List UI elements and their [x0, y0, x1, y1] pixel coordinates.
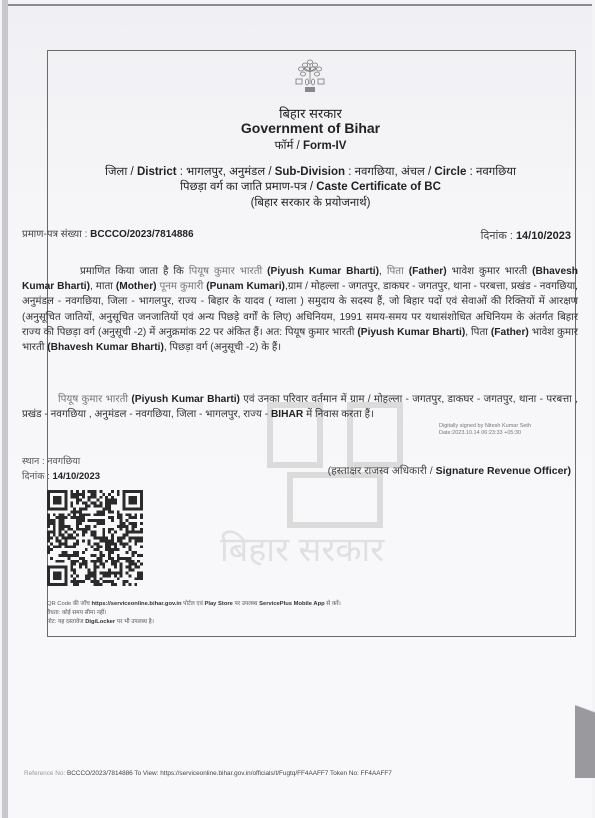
certificate-number: प्रमाण-पत्र संख्या : BCCCO/2023/7814886 — [22, 226, 194, 240]
digilocker-text: DigiLocker — [85, 619, 115, 625]
certificate-date-value: 14/10/2023 — [516, 230, 571, 242]
subdivision-value: नवगछिया — [355, 166, 395, 178]
form-number: फॉर्म / Form-IV — [47, 138, 574, 153]
district-label-hindi: जिला — [105, 166, 127, 178]
validity-note: वैधता: कोई समय सीमा नहीं। — [47, 609, 341, 618]
place-label: स्थान — [22, 456, 39, 467]
issue-date-value: 14/10/2023 — [52, 471, 100, 482]
closing-text: , पिछड़ा वर्ग (अनुसूची -2) के हैं। — [164, 342, 281, 353]
resident-name-english: (Piyush Kumar Bharti) — [131, 394, 240, 405]
qr-code-icon[interactable] — [47, 490, 143, 586]
view-link[interactable]: https://serviceonline.bihar.gov.in/offic… — [160, 770, 328, 777]
reference-number: BCCCO/2023/7814886 — [67, 770, 133, 777]
digital-signed-by: Digitally signed by Nitesh Kumar Seth — [439, 423, 531, 430]
mother-name-english: (Punam Kumari) — [206, 281, 285, 292]
reference-footer: Reference No: BCCCO/2023/7814886 To View… — [24, 770, 392, 777]
verification-notes: QR Code की जाँच https://serviceonline.bi… — [47, 600, 341, 627]
certificate-title-english: Caste Certificate of BC — [316, 181, 441, 193]
watermark-text: बिहार सरकार — [220, 525, 384, 571]
certification-paragraph: प्रमाणित किया जाता है कि पियूष कुमार भार… — [22, 264, 578, 355]
certificate-date: दिनांक : 14/10/2023 — [481, 228, 571, 243]
officer-signature-label: (हस्ताक्षर राजस्व अधिकारी / Signature Re… — [328, 464, 571, 478]
play-store-text: Play Store — [204, 601, 232, 607]
certificate-number-value: BCCCO/2023/7814886 — [90, 229, 193, 240]
digilocker-note-end: पर भी उपलब्ध है। — [117, 619, 154, 625]
bihar-emblem-icon — [290, 56, 330, 96]
district-label: District — [137, 166, 177, 178]
certificate-title: पिछड़ा वर्ग का जाति प्रमाण-पत्र / Caste … — [47, 179, 574, 194]
officer-label-hindi: (हस्ताक्षर राजस्व अधिकारी — [328, 465, 427, 477]
qr-note-mid2: पर उपलब्ध — [234, 601, 257, 607]
applicant-name-hindi-repeat: पियूष कुमार भारती — [285, 327, 354, 338]
district-value: भागलपुर — [186, 166, 223, 178]
serviceplus-app-text: ServicePlus Mobile App — [259, 601, 325, 607]
father-label-english-repeat: (Father) — [491, 327, 529, 338]
intro-text: प्रमाणित किया जाता है कि — [80, 266, 184, 277]
mother-name-hindi: पूनम कुमारी — [159, 281, 203, 292]
place-date-block: स्थान : नवगछिया दिनांक : 14/10/2023 — [22, 454, 100, 484]
location-line: जिला / District : भागलपुर, अनुमंडल / Sub… — [47, 164, 574, 179]
father-name-hindi: भावेश कुमार भारती — [452, 266, 528, 277]
resident-name-hindi: पियूष कुमार भारती — [58, 394, 128, 405]
qr-note-end: से करें। — [326, 601, 341, 607]
father-label-english: (Father) — [409, 266, 447, 277]
form-label-english: Form-IV — [303, 140, 346, 152]
place-value: नवगछिया — [47, 456, 80, 467]
father-name-english-repeat: (Bhavesh Kumar Bharti) — [47, 342, 164, 353]
paper-fold-corner — [575, 638, 595, 778]
serial-text: में अनुक्रमांक 22 पर अंकित हैं। अत: — [149, 327, 282, 338]
mother-label-english: (Mother) — [116, 281, 157, 292]
circle-value: नवगछिया — [476, 166, 516, 178]
qr-note-mid: पोर्टल एवं — [183, 601, 203, 607]
token-number: FF4AAFF7 — [361, 770, 392, 777]
issue-date-label: दिनांक — [22, 471, 45, 482]
digital-signature: Digitally signed by Nitesh Kumar Seth Da… — [439, 423, 531, 437]
certificate-date-label: दिनांक — [481, 230, 507, 242]
circle-label: Circle — [434, 166, 466, 178]
father-label: पिता — [387, 266, 404, 277]
category-text: पिछड़ा वर्ग (अनुसूची -2) — [57, 327, 146, 338]
subdivision-label-hindi: अनुमंडल — [229, 166, 265, 178]
qr-note-pre: QR Code की जाँच — [47, 601, 90, 607]
form-label-hindi: फॉर्म — [275, 140, 294, 152]
reference-label: Reference No: — [24, 770, 65, 777]
applicant-name-english-repeat: (Piyush Kumar Bharti) — [357, 327, 465, 338]
circle-label-hindi: अंचल — [401, 166, 425, 178]
certificate-purpose: (बिहार सरकार के प्रयोजनार्थ) — [47, 195, 574, 210]
paper-fold-left — [2, 0, 8, 818]
mother-label: माता — [96, 281, 113, 292]
token-label: Token No: — [330, 770, 359, 777]
digilocker-note-pre: नोट: यह दस्तावेज — [47, 619, 84, 625]
verification-link[interactable]: https://serviceonline.bihar.gov.in — [91, 601, 181, 607]
officer-label-english: Signature Revenue Officer) — [436, 465, 571, 477]
applicant-name-english: (Piyush Kumar Bharti) — [267, 266, 379, 277]
father-label-repeat: पिता — [471, 327, 488, 338]
digital-sign-date: Date:2023.10.14 06:23:33 +05:30 — [439, 430, 531, 437]
govt-title-english: Government of Bihar — [47, 120, 574, 136]
certificate-title-hindi: पिछड़ा वर्ग का जाति प्रमाण-पत्र — [180, 181, 307, 193]
view-label: To View: — [134, 770, 158, 777]
subdivision-label: Sub-Division — [275, 166, 345, 178]
certificate-number-label: प्रमाण-पत्र संख्या — [22, 229, 82, 240]
applicant-name-hindi: पियूष कुमार भारती — [189, 266, 262, 277]
